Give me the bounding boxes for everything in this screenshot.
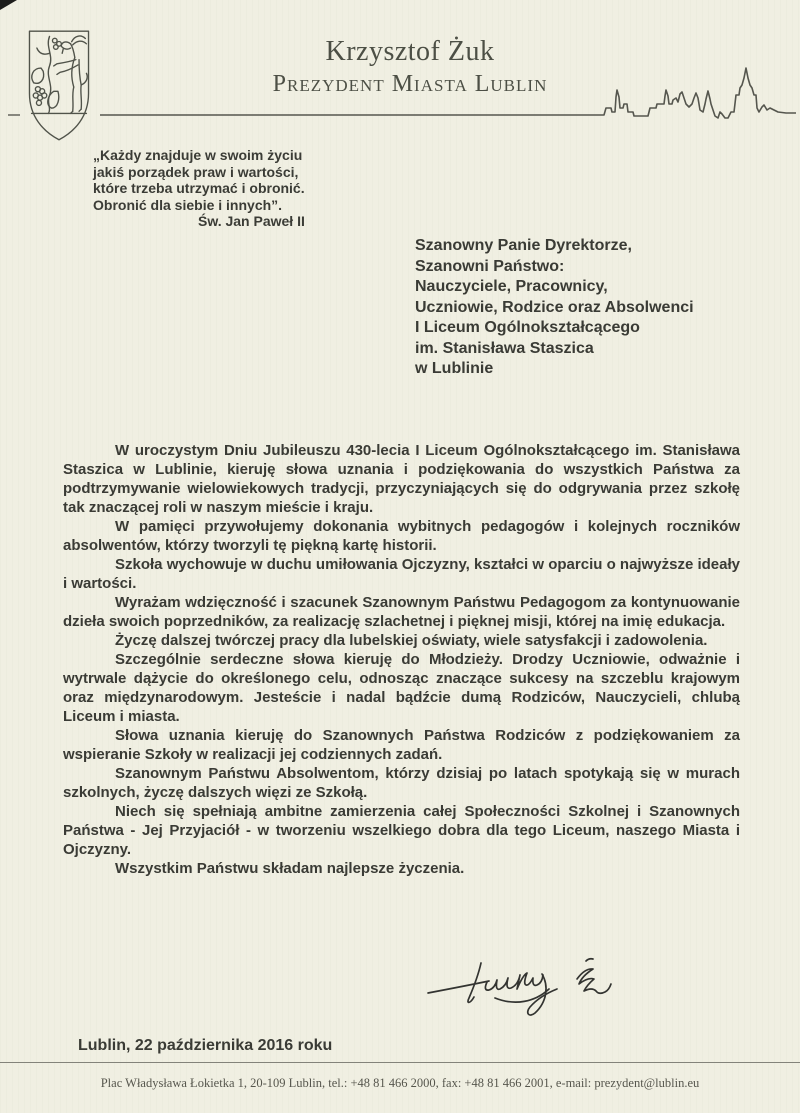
addressee-line: Nauczyciele, Pracownicy, <box>415 277 694 298</box>
footer-address: Plac Władysława Łokietka 1, 20-109 Lubli… <box>0 1076 800 1091</box>
footer-divider <box>0 1062 800 1063</box>
body-paragraph: Szanownym Państwu Absolwentom, którzy dz… <box>63 764 740 802</box>
epigraph-quote: „Każdy znajduje w swoim życiu jakiś porz… <box>93 147 305 230</box>
addressee-block: Szanowny Panie Dyrektorze, Szanowni Pańs… <box>415 236 694 380</box>
sender-title: Prezydent Miasta Lublin <box>190 71 630 98</box>
body-paragraph: Słowa uznania kieruję do Szanownych Pańs… <box>63 726 740 764</box>
scanned-letter-page: Krzysztof Żuk Prezydent Miasta Lublin „K… <box>0 0 800 1113</box>
addressee-line: Szanowny Panie Dyrektorze, <box>415 236 694 257</box>
body-paragraph: W pamięci przywołujemy dokonania wybitny… <box>63 517 740 555</box>
sender-name: Krzysztof Żuk <box>190 36 630 68</box>
letter-body: W uroczystym Dniu Jubileuszu 430-lecia I… <box>63 441 740 878</box>
quote-line: Obronić dla siebie i innych”. <box>93 197 305 214</box>
body-paragraph: W uroczystym Dniu Jubileuszu 430-lecia I… <box>63 441 740 517</box>
addressee-line: Szanowni Państwo: <box>415 257 694 278</box>
body-paragraph: Życzę dalszej twórczej pracy dla lubelsk… <box>63 631 740 650</box>
body-paragraph: Wszystkim Państwu składam najlepsze życz… <box>63 859 740 878</box>
dateline: Lublin, 22 października 2016 roku <box>78 1037 332 1055</box>
coat-of-arms-svg <box>26 28 92 144</box>
lublin-coat-of-arms-icon <box>26 28 92 144</box>
body-paragraph: Niech się spełniają ambitne zamierzenia … <box>63 802 740 859</box>
quote-line: jakiś porządek praw i wartości, <box>93 164 305 181</box>
body-paragraph: Szczególnie serdeczne słowa kieruję do M… <box>63 650 740 726</box>
quote-attribution: Św. Jan Paweł II <box>93 213 305 230</box>
quote-line: które trzeba utrzymać i obronić. <box>93 180 305 197</box>
handwritten-signature <box>425 946 635 1022</box>
scan-corner-artifact <box>0 0 17 10</box>
addressee-line: w Lublinie <box>415 359 694 380</box>
addressee-line: I Liceum Ogólnokształcącego <box>415 318 694 339</box>
addressee-line: Uczniowie, Rodzice oraz Absolwenci <box>415 298 694 319</box>
body-paragraph: Wyrażam wdzięczność i szacunek Szanownym… <box>63 593 740 631</box>
body-paragraph: Szkoła wychowuje w duchu umiłowania Ojcz… <box>63 555 740 593</box>
letterhead: Krzysztof Żuk Prezydent Miasta Lublin <box>190 36 630 98</box>
signature-svg <box>425 946 635 1022</box>
quote-line: „Każdy znajduje w swoim życiu <box>93 147 305 164</box>
addressee-line: im. Stanisława Staszica <box>415 339 694 360</box>
